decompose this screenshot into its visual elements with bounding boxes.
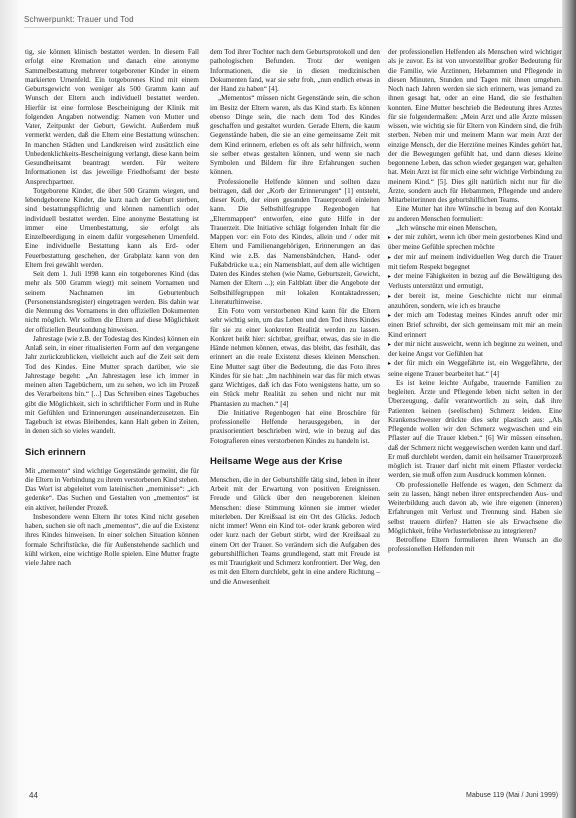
paragraph: Ein Foto vom verstorbenen Kind kann für … <box>210 307 380 409</box>
header-rule <box>24 27 564 28</box>
running-head: Schwerpunkt: Trauer und Tod <box>24 15 134 24</box>
bullet-item: der meine Fähigkeiten in bezug auf die B… <box>388 272 562 292</box>
paragraph: Ob professionelle Helfende es wagen, den… <box>388 481 562 537</box>
section-heading-sich-erinnern: Sich erinnern <box>25 447 199 459</box>
journal-citation: Mabuse 119 (Mai / Juni 1999) <box>466 792 558 799</box>
paragraph: Es ist keine leichte Aufgabe, trauernde … <box>388 379 562 481</box>
paragraph: Mit „memento“ sind wichtige Gegenstände … <box>25 467 199 513</box>
text-column-1: tig, sie können klinisch bestattet werde… <box>25 48 199 568</box>
text-column-2: dem Tod ihrer Tochter nach dem Geburtspr… <box>210 48 380 587</box>
page-number: 44 <box>29 791 38 800</box>
bullet-item: der mir zuhört, wenn ich über mein gesto… <box>388 233 562 253</box>
paragraph: Totgeborene Kinder, die über 500 Gramm w… <box>25 187 199 270</box>
paragraph: Eine Mutter hat ihre Wünsche in bezug au… <box>388 205 562 224</box>
bullet-item: der mir auf meinem individuellen Weg dur… <box>388 253 562 273</box>
paragraph: der professionellen Helfenden als Mensch… <box>388 48 562 205</box>
paragraph: tig, sie können klinisch bestattet werde… <box>25 48 199 187</box>
paragraph: Jahrestage (wie z.B. der Todestag des Ki… <box>25 335 199 437</box>
bullet-item: der für mich ein Weggefährte ist, ein We… <box>388 359 562 379</box>
paragraph: Die Initiative Regenbogen hat eine Brosc… <box>210 409 380 446</box>
paragraph: Insbesondere wenn Eltern ihr totes Kind … <box>25 513 199 569</box>
paragraph: Seit dem 1. Juli 1998 kann ein totgebore… <box>25 270 199 335</box>
quote-intro: „Ich wünsche mir einen Menschen, <box>388 224 562 233</box>
section-heading-heilsame-wege: Heilsame Wege aus der Krise <box>210 456 380 468</box>
book-gutter-shadow <box>562 0 576 818</box>
text-column-3: der professionellen Helfenden als Mensch… <box>388 48 562 555</box>
paragraph: Betroffene Eltern formulieren ihren Wuns… <box>388 536 562 555</box>
bullet-item: der bereit ist, meine Geschichte nicht n… <box>388 292 562 312</box>
paragraph: Professionelle Helfende können und sollt… <box>210 178 380 308</box>
paragraph: Menschen, die in der Geburtshilfe tätig … <box>210 476 380 587</box>
bullet-item: der mich am Todestag meines Kindes anruf… <box>388 311 562 340</box>
paragraph: dem Tod ihrer Tochter nach dem Geburtspr… <box>210 48 380 94</box>
bullet-item: der mir nicht ausweicht, wenn ich beginn… <box>388 340 562 360</box>
paragraph: „Mementos“ müssen nicht Gegenstände sein… <box>210 94 380 177</box>
page-left-edge-shadow <box>0 0 18 818</box>
document-page: Schwerpunkt: Trauer und Tod tig, sie kön… <box>0 0 576 818</box>
